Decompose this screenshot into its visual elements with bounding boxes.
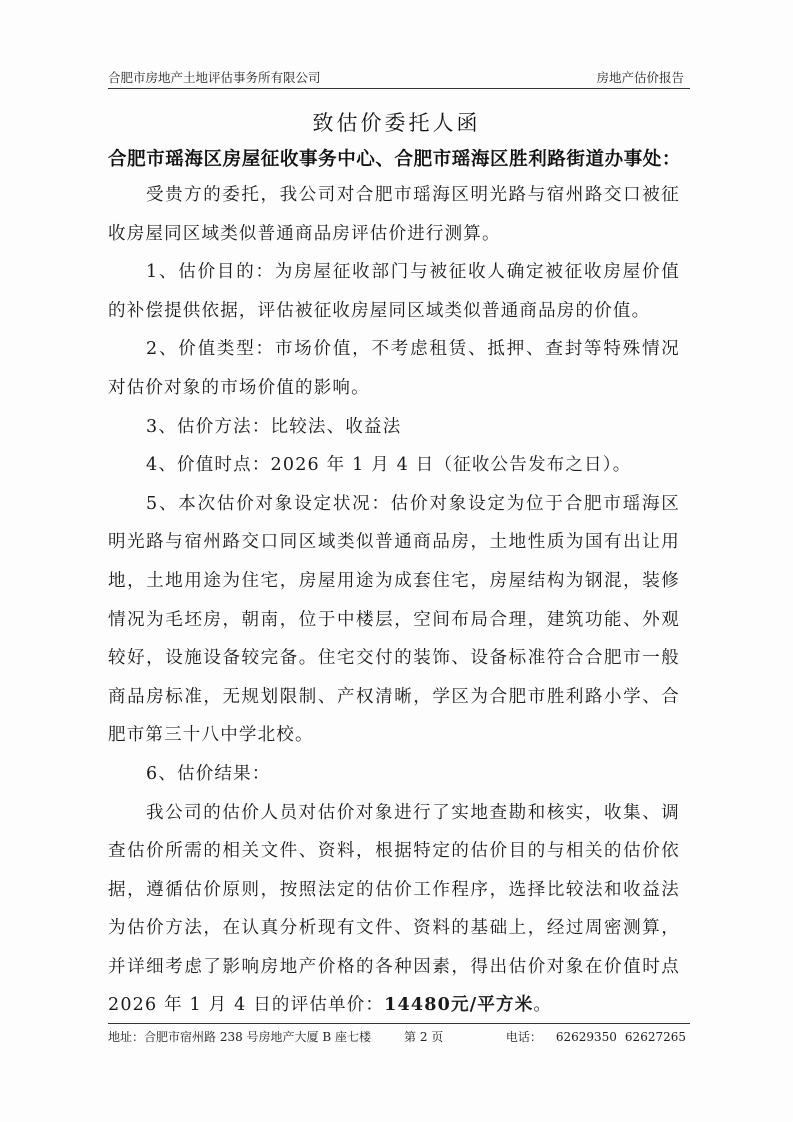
letter-salutation: 合肥市瑶海区房屋征收事务中心、合肥市瑶海区胜利路街道办事处： xyxy=(108,146,708,174)
value-date-paragraph: 4、价值时点：2026 年 1 月 4 日（征收公告发布之日）。 xyxy=(108,446,680,485)
phone-label: 电话： xyxy=(506,1030,542,1044)
result-suffix: 。 xyxy=(533,995,552,1015)
document-page: 合肥市房地产土地评估事务所有限公司 房地产估价报告 致估价委托人函 合肥市瑶海区… xyxy=(0,0,793,1122)
letter-body: 受贵方的委托，我公司对合肥市瑶海区明光路与宿州路交口被征收房屋同区域类似普通商品… xyxy=(108,176,680,1025)
phone-number-2: 62627265 xyxy=(625,1030,686,1044)
page-footer: 地址：合肥市宿州路 238 号房地产大厦 B 座七楼 第 2 页 电话：6262… xyxy=(108,1023,690,1048)
page-number: 第 2 页 xyxy=(404,1026,443,1048)
intro-paragraph: 受贵方的委托，我公司对合肥市瑶海区明光路与宿州路交口被征收房屋同区域类似普通商品… xyxy=(108,176,680,253)
phone-number-1: 62629350 xyxy=(556,1030,617,1044)
unit-price-unit: 元/平方米 xyxy=(451,995,533,1015)
letter-title: 致估价委托人函 xyxy=(0,108,793,138)
page-header: 合肥市房地产土地评估事务所有限公司 房地产估价报告 xyxy=(108,68,690,89)
company-name: 合肥市房地产土地评估事务所有限公司 xyxy=(108,68,321,88)
result-paragraph: 我公司的估价人员对估价对象进行了实地查勘和核实，收集、调查估价所需的相关文件、资… xyxy=(108,794,680,1026)
subject-setting-paragraph: 5、本次估价对象设定状况：估价对象设定为位于合肥市瑶海区明光路与宿州路交口同区域… xyxy=(108,485,680,755)
company-address: 地址：合肥市宿州路 238 号房地产大厦 B 座七楼 xyxy=(108,1026,371,1048)
unit-price-value: 14480 xyxy=(384,995,451,1015)
value-type-paragraph: 2、价值类型：市场价值，不考虑租赁、抵押、查封等特殊情况对估价对象的市场价值的影… xyxy=(108,330,680,407)
result-text: 我公司的估价人员对估价对象进行了实地查勘和核实，收集、调查估价所需的相关文件、资… xyxy=(108,803,680,1016)
purpose-paragraph: 1、估价目的：为房屋征收部门与被征收人确定被征收房屋价值的补偿提供依据，评估被征… xyxy=(108,253,680,330)
report-type: 房地产估价报告 xyxy=(596,68,684,88)
result-heading: 6、估价结果： xyxy=(108,755,680,794)
phone-info: 电话：6262935062627265 xyxy=(506,1026,686,1048)
method-paragraph: 3、估价方法：比较法、收益法 xyxy=(108,408,680,447)
